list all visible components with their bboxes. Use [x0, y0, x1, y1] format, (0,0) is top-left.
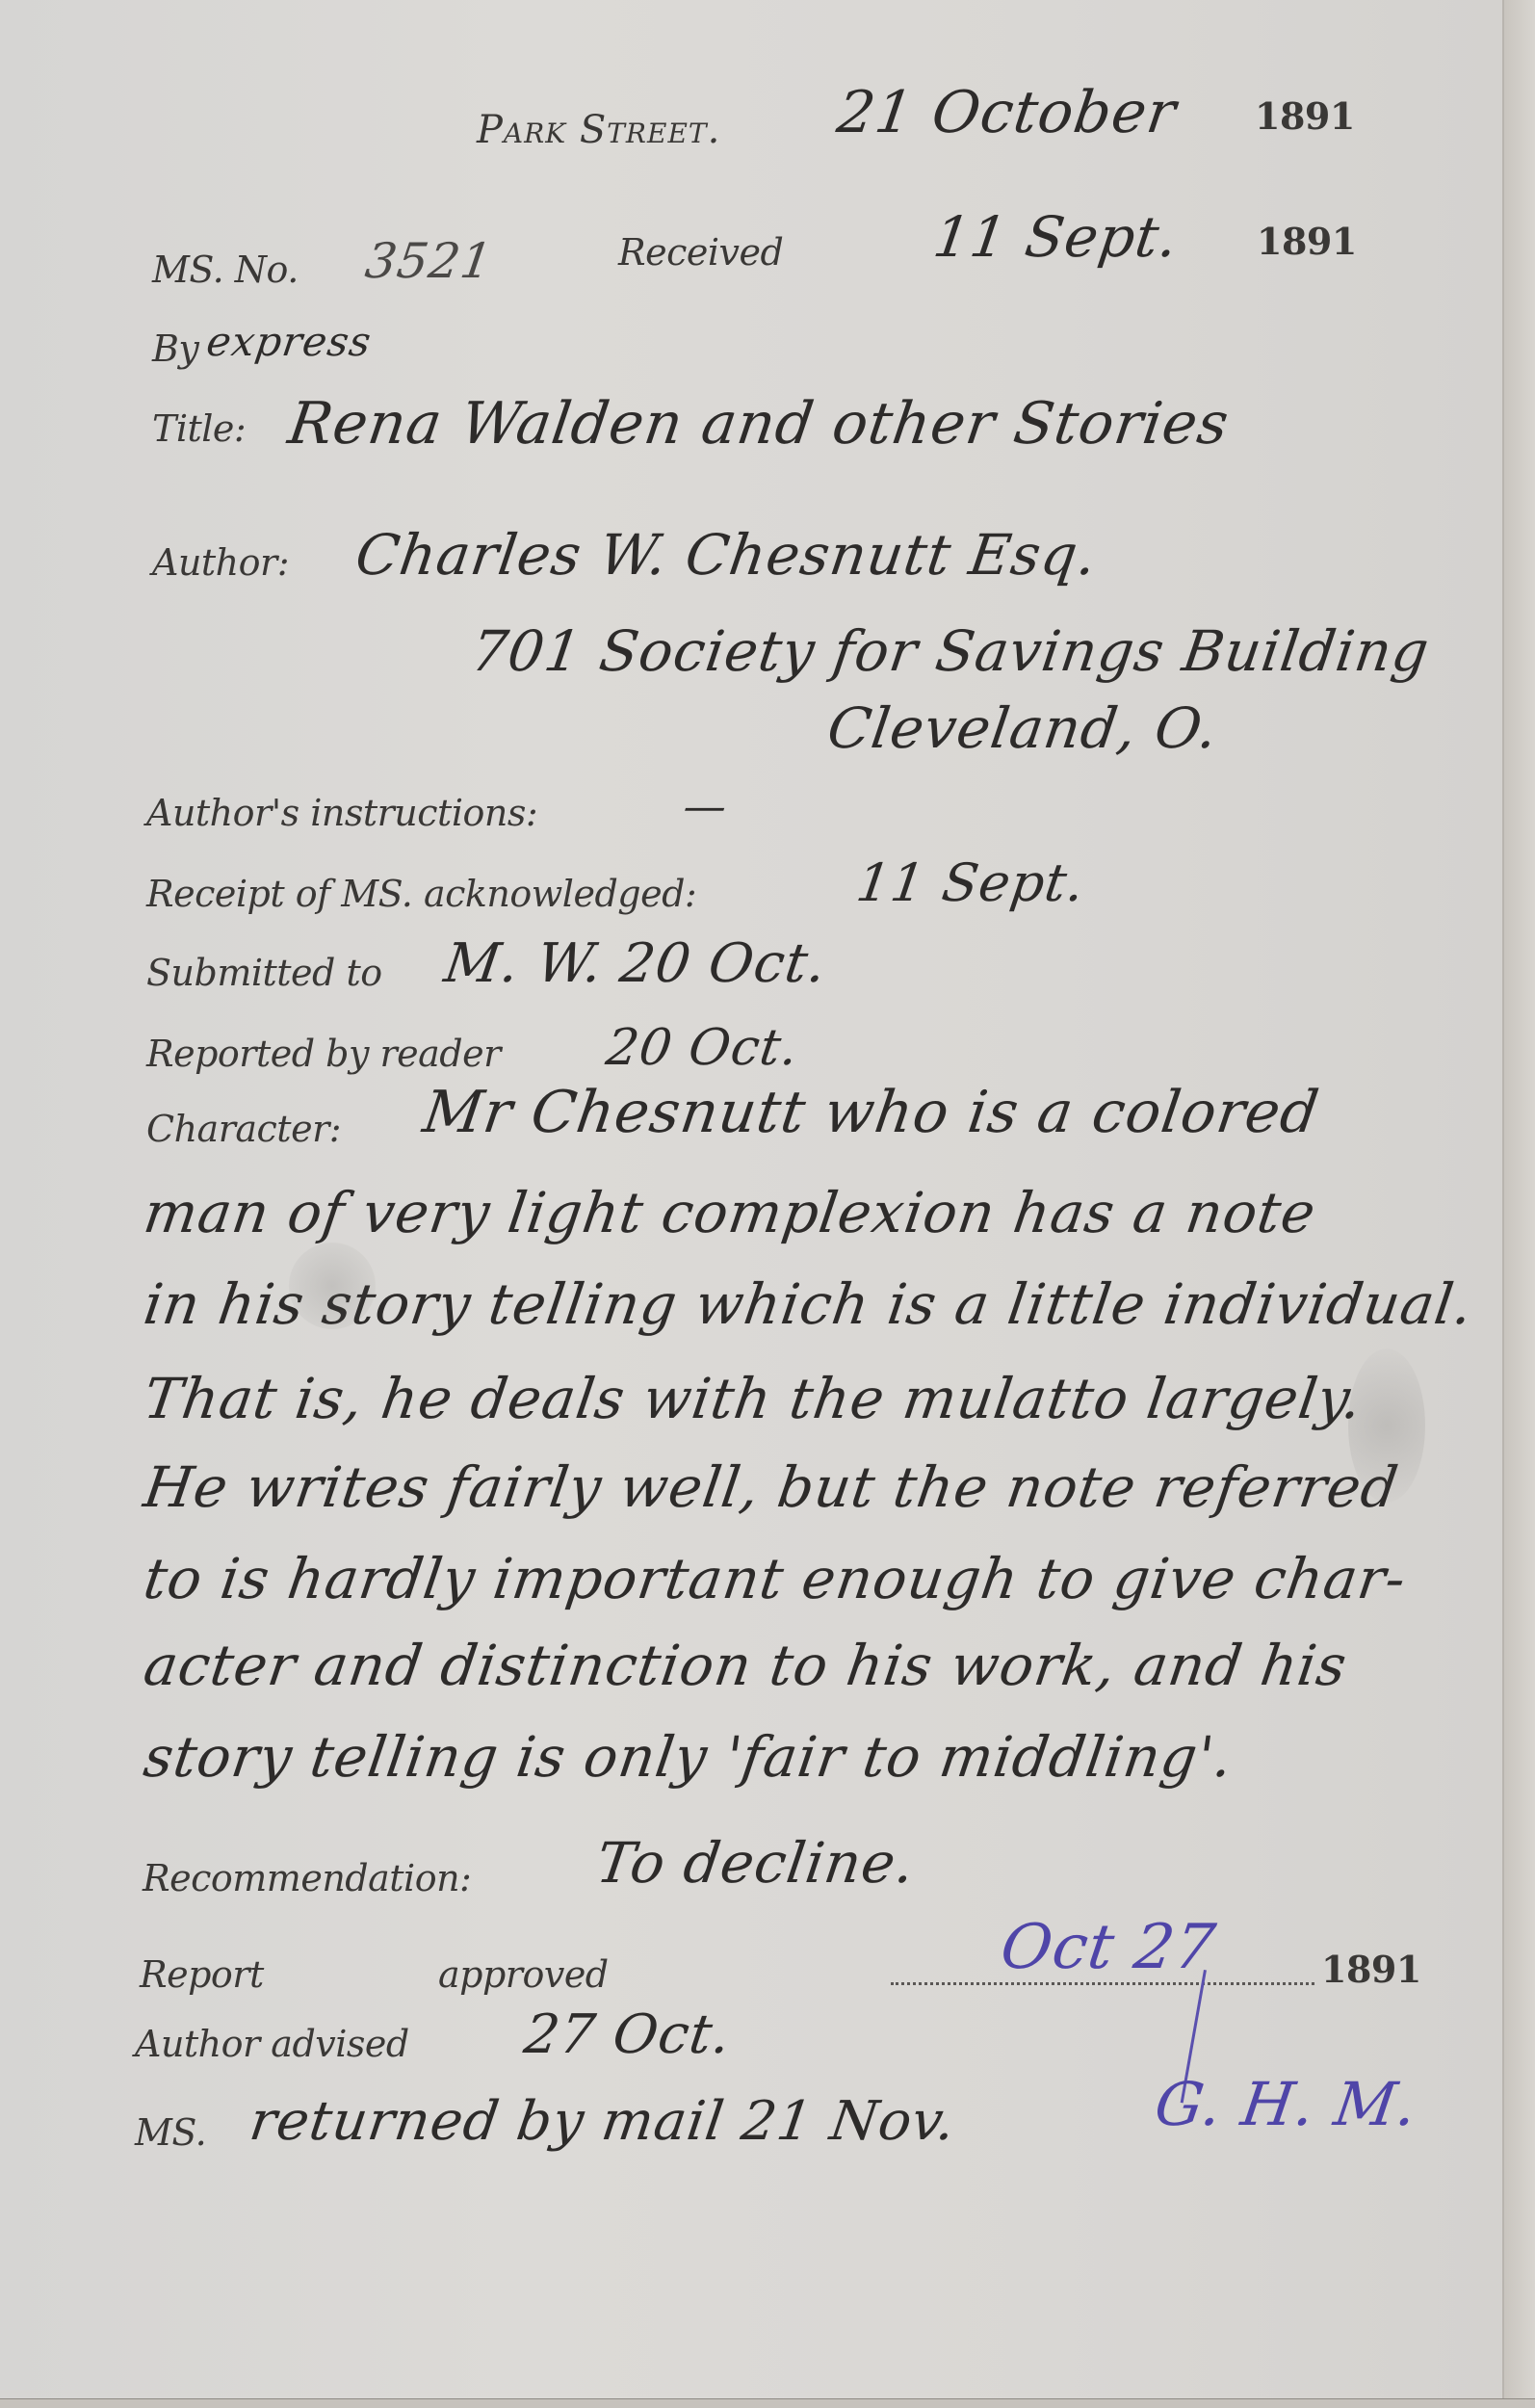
header-date-handwritten: 21 October	[833, 79, 1181, 146]
ms-number-label: MS. No.	[152, 249, 299, 291]
author-advised-value: 27 Oct.	[520, 2003, 735, 2066]
character-line: He writes fairly well, but the note refe…	[140, 1454, 1402, 1520]
authors-instructions-label: Author's instructions:	[146, 792, 537, 834]
report-label: Report	[140, 1953, 264, 1996]
reported-by-reader-label: Reported by reader	[146, 1033, 501, 1075]
submitted-to-label: Submitted to	[146, 952, 382, 994]
character-line: story telling is only 'fair to middling'…	[140, 1724, 1237, 1790]
approval-date-stamp: Oct 27	[997, 1912, 1220, 1983]
author-label: Author:	[152, 541, 289, 584]
character-line: to is hardly important enough to give ch…	[140, 1546, 1410, 1611]
ink-smudge	[289, 1243, 376, 1329]
page-bottom-edge	[0, 2398, 1535, 2408]
address-label: Park Street.	[477, 108, 720, 152]
character-label: Character:	[146, 1108, 341, 1150]
received-label: Received	[618, 231, 783, 274]
author-address-line1: 701 Society for Savings Building	[467, 618, 1433, 684]
ink-smudge	[1348, 1348, 1425, 1503]
received-date: 11 Sept.	[929, 204, 1183, 270]
page-edge	[1504, 0, 1535, 2408]
delivery-label: By	[152, 327, 198, 370]
signature-initials: G. H. M.	[1151, 2069, 1422, 2139]
header-year: 1891	[1255, 94, 1355, 138]
approved-label: approved	[438, 1953, 609, 1996]
title-value: Rena Walden and other Stories	[284, 390, 1234, 458]
recommendation-label: Recommendation:	[143, 1857, 471, 1899]
author-advised-label: Author advised	[135, 2023, 409, 2065]
author-address-line2: Cleveland, O.	[823, 695, 1222, 761]
ms-returned-label: MS.	[135, 2111, 206, 2154]
authors-instructions-value: —	[680, 782, 730, 831]
author-name: Charles W. Chesnutt Esq.	[351, 522, 1101, 588]
received-year: 1891	[1257, 220, 1357, 263]
manuscript-record-card: Park Street. 21 October 1891 MS. No. 352…	[0, 0, 1504, 2400]
submitted-to-value: M. W. 20 Oct.	[440, 932, 830, 995]
ms-number-value: 3521	[362, 233, 496, 289]
title-label: Title:	[152, 407, 246, 450]
approval-year: 1891	[1321, 1948, 1421, 1991]
character-line: man of very light complexion has a note	[140, 1180, 1320, 1245]
reported-by-reader-value: 20 Oct.	[603, 1019, 802, 1077]
character-line: That is, he deals with the mulatto large…	[140, 1366, 1366, 1431]
character-line: Mr Chesnutt who is a colored	[419, 1079, 1323, 1146]
receipt-acknowledged-label: Receipt of MS. acknowledged:	[146, 873, 696, 915]
delivery-method: express	[204, 318, 375, 365]
receipt-acknowledged-value: 11 Sept.	[853, 852, 1089, 913]
recommendation-value: To decline.	[592, 1830, 919, 1896]
ms-returned-value: returned by mail 21 Nov.	[246, 2090, 959, 2153]
character-line: acter and distinction to his work, and h…	[140, 1633, 1351, 1698]
